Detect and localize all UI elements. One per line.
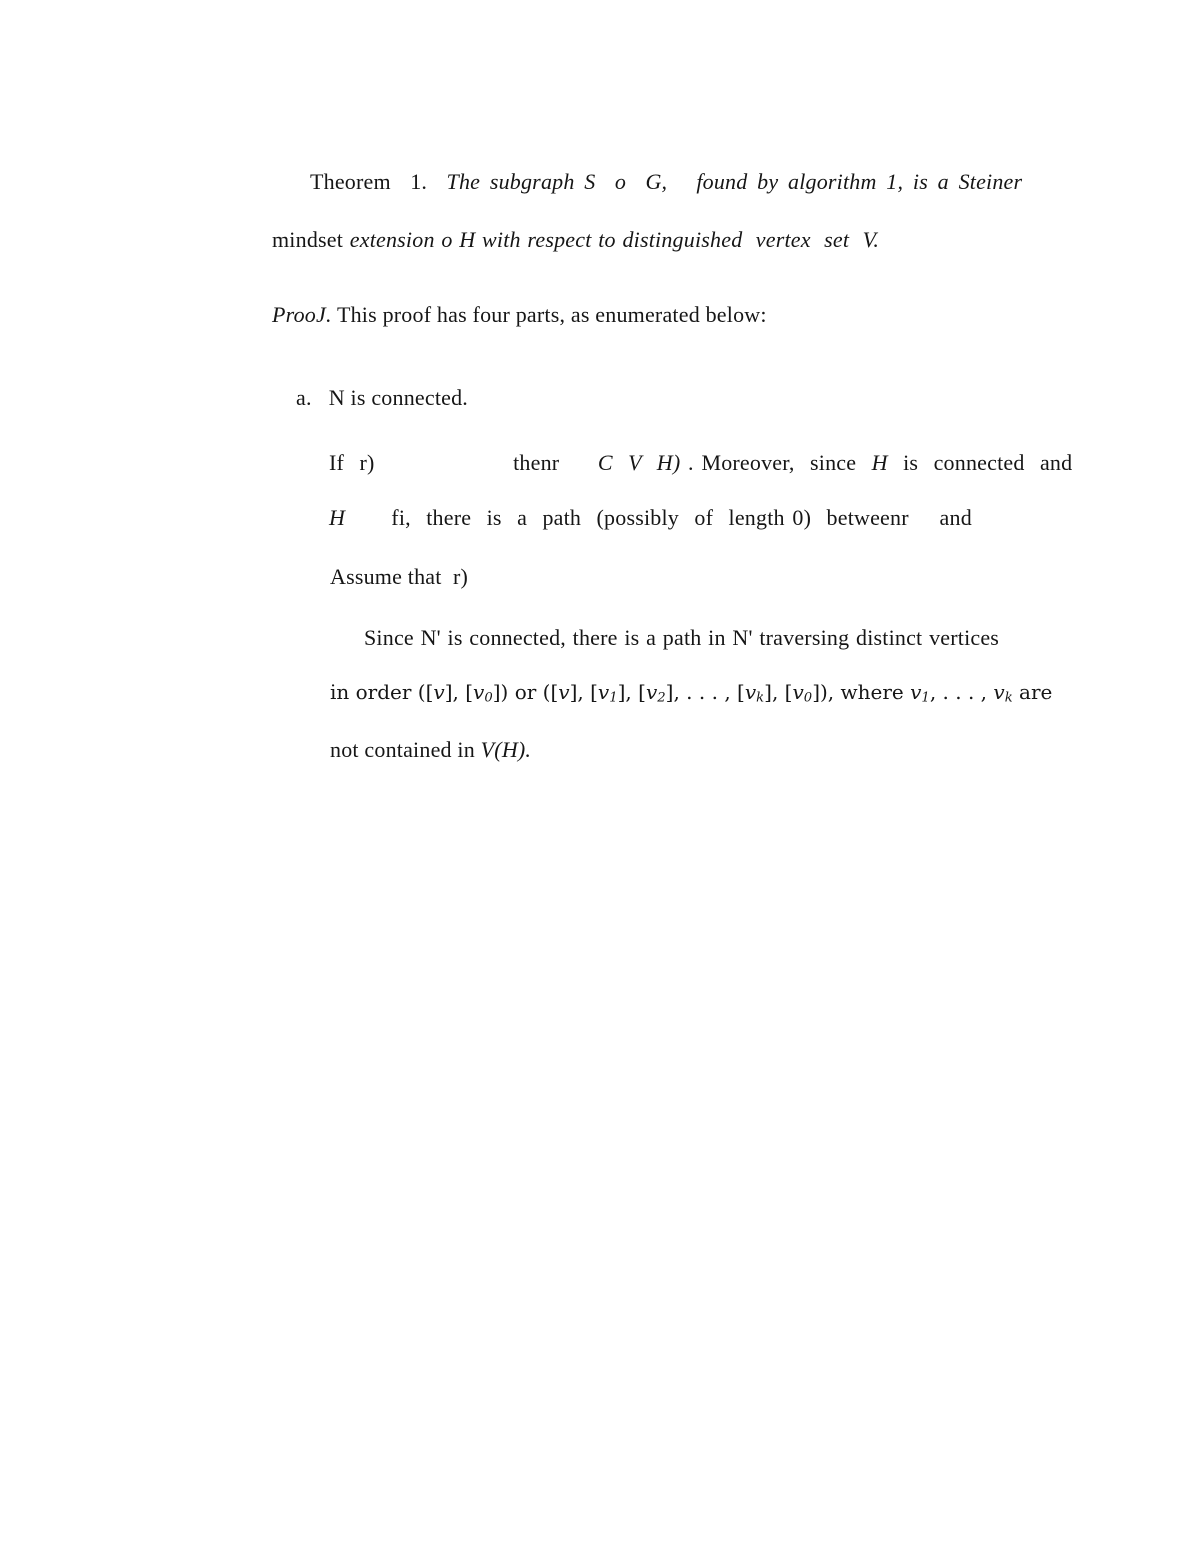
proof-intro-line: ProoJ. This proof has four parts, as enu… — [272, 301, 767, 329]
proof-paragraph-1-line-2: H fi, there is a path (possibly of lengt… — [329, 504, 972, 532]
proof-paragraph-2-line-2-math: in order ([v], [v0]) or ([v], [v1], [v2]… — [330, 678, 1052, 713]
proof-paragraph-1-line-3: Assume that r) — [330, 563, 468, 591]
theorem-heading-line-2: mindset extension o H with respect to di… — [272, 226, 879, 254]
proof-paragraph-1-line-1: If r) thenr C V H) . Moreover, since H i… — [329, 449, 1072, 477]
proof-paragraph-2-line-1: Since N' is connected, there is a path i… — [364, 624, 999, 652]
document-page: Theorem 1. The subgraph S o G, found by … — [0, 0, 1200, 1553]
proof-paragraph-2-line-3: not contained in V(H). — [330, 736, 531, 764]
theorem-heading-line-1: Theorem 1. The subgraph S o G, found by … — [310, 168, 1022, 196]
list-item-a: a. N is connected. — [296, 384, 468, 412]
